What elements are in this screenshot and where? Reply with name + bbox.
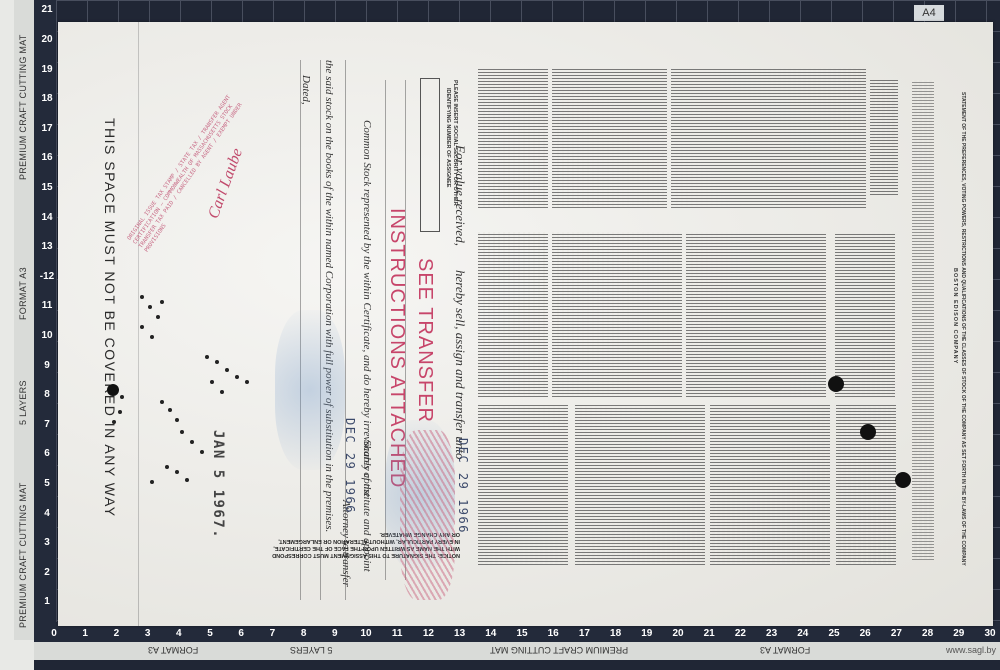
company-name: BOSTON EDISON COMPANY bbox=[952, 268, 958, 364]
ruler-number: 21 bbox=[699, 628, 719, 639]
ruler-number: 1 bbox=[75, 628, 95, 639]
ruler-number: 11 bbox=[387, 628, 407, 639]
ruler-number: 9 bbox=[325, 628, 345, 639]
margin-line bbox=[138, 22, 139, 626]
perforation-dot bbox=[160, 300, 164, 304]
mat-label: 5 LAYERS bbox=[18, 380, 28, 425]
perforation-dot bbox=[200, 450, 204, 454]
ruler-number: 18 bbox=[606, 628, 626, 639]
ruler-number: 24 bbox=[793, 628, 813, 639]
perforation-dot bbox=[140, 295, 144, 299]
ink-smudge bbox=[275, 310, 345, 470]
ruler-number: 27 bbox=[886, 628, 906, 639]
see-transfer-stamp: SEE TRANSFER bbox=[413, 258, 436, 423]
perforation-dot bbox=[140, 325, 144, 329]
ruler-number: 30 bbox=[980, 628, 1000, 639]
perforation-dot bbox=[225, 368, 229, 372]
ruler-number: 5 bbox=[200, 628, 220, 639]
statement-text-column bbox=[478, 405, 568, 565]
ruler-number: 19 bbox=[38, 64, 56, 75]
date-stamp: DEC 29 1966 bbox=[456, 438, 470, 534]
mat-label: FORMAT A3 bbox=[760, 645, 810, 655]
for-value-received: For value received, bbox=[452, 145, 468, 246]
statement-heading: STATEMENT OF THE PREFERENCES, VOTING POW… bbox=[960, 92, 966, 566]
a4-format-tag: A4 bbox=[914, 5, 944, 21]
punch-hole bbox=[828, 376, 844, 392]
ruler-number: 4 bbox=[169, 628, 189, 639]
ruler-number: 10 bbox=[38, 330, 56, 341]
ruler-number: 6 bbox=[38, 448, 56, 459]
statement-text-column bbox=[671, 68, 866, 208]
perforation-dot bbox=[120, 395, 124, 399]
perforation-dot bbox=[112, 420, 116, 424]
margin-warning: THIS SPACE MUST NOT BE COVERED IN ANY WA… bbox=[102, 118, 118, 518]
perforation-dot bbox=[215, 360, 219, 364]
mat-label: PREMIUM CRAFT CUTTING MAT bbox=[18, 482, 28, 628]
ruler-number: 29 bbox=[949, 628, 969, 639]
ruler-number: 16 bbox=[38, 152, 56, 163]
ruler-number: 26 bbox=[855, 628, 875, 639]
ruler-number: 18 bbox=[38, 93, 56, 104]
mat-label: 5 LAYERS bbox=[290, 645, 332, 655]
statement-text-column bbox=[575, 405, 705, 565]
perforation-dot bbox=[180, 430, 184, 434]
ruler-number: 2 bbox=[38, 567, 56, 578]
ssn-label: IDENTIFYING NUMBER OF ASSIGNEE bbox=[445, 88, 451, 187]
perforation-dot bbox=[190, 440, 194, 444]
ruler-number: 7 bbox=[38, 419, 56, 430]
statement-text-column bbox=[686, 232, 826, 397]
perforation-dot bbox=[118, 410, 122, 414]
mat-label: FORMAT A3 bbox=[148, 645, 198, 655]
perforation-dot bbox=[165, 465, 169, 469]
mat-label: PREMIUM CRAFT CUTTING MAT bbox=[490, 645, 628, 655]
ruler-number: 4 bbox=[38, 508, 56, 519]
statement-text-column bbox=[552, 232, 682, 397]
statement-text-column bbox=[912, 80, 934, 560]
ruler-number: 17 bbox=[38, 123, 56, 134]
ruler-number: 15 bbox=[38, 182, 56, 193]
ruler-number: 3 bbox=[38, 537, 56, 548]
hereby-sell-text: hereby sell, assign and transfer unto bbox=[452, 270, 468, 459]
ruler-number: 7 bbox=[262, 628, 282, 639]
ruler-number: 13 bbox=[38, 241, 56, 252]
ruler-number: 9 bbox=[38, 360, 56, 371]
jan-date-stamp: JAN 5 1967. bbox=[210, 430, 226, 539]
perforation-dot bbox=[220, 390, 224, 394]
ruler-number: 15 bbox=[512, 628, 532, 639]
perforation-dot bbox=[210, 380, 214, 384]
perforation-dot bbox=[148, 305, 152, 309]
perforation-dot bbox=[156, 315, 160, 319]
mat-label: FORMAT A3 bbox=[18, 267, 28, 320]
ruler-number: 0 bbox=[44, 628, 64, 639]
ruler-number: 13 bbox=[450, 628, 470, 639]
ruler-number: 23 bbox=[762, 628, 782, 639]
ruler-number: 11 bbox=[38, 300, 56, 311]
ruler-number: 16 bbox=[543, 628, 563, 639]
punch-hole bbox=[107, 384, 119, 396]
dated-label: Dated, bbox=[300, 75, 312, 105]
perforation-dot bbox=[175, 418, 179, 422]
ruler-number: 5 bbox=[38, 478, 56, 489]
perforation-dot bbox=[175, 470, 179, 474]
ruler-number: 25 bbox=[824, 628, 844, 639]
ruler-number: 8 bbox=[38, 389, 56, 400]
perforation-dot bbox=[185, 478, 189, 482]
date-stamp: DEC 29 1966 bbox=[343, 418, 357, 514]
ruler-number: 3 bbox=[138, 628, 158, 639]
ruler-number: 22 bbox=[730, 628, 750, 639]
common-stock-text: Common Stock represented by the within C… bbox=[361, 120, 373, 572]
watermark: www.sagl.by bbox=[946, 645, 996, 655]
ruler-number: 14 bbox=[481, 628, 501, 639]
perforation-dot bbox=[235, 375, 239, 379]
ruler-number: 17 bbox=[574, 628, 594, 639]
ssn-box[interactable] bbox=[420, 78, 440, 232]
perforation-dot bbox=[150, 335, 154, 339]
ruler-number: 28 bbox=[918, 628, 938, 639]
perforation-dot bbox=[150, 480, 154, 484]
ruler-number: 20 bbox=[38, 34, 56, 45]
ruler-number: 12 bbox=[418, 628, 438, 639]
perforation-dot bbox=[205, 355, 209, 359]
ruler-number: 21 bbox=[38, 4, 56, 15]
statement-text-column bbox=[478, 232, 548, 397]
statement-text-column bbox=[552, 68, 667, 208]
ruler-number: -12 bbox=[38, 271, 56, 282]
statement-text-column bbox=[710, 405, 830, 565]
ruler-number: 2 bbox=[106, 628, 126, 639]
ruler-number: 10 bbox=[356, 628, 376, 639]
ruler-number: 1 bbox=[38, 596, 56, 607]
mat-label: PREMIUM CRAFT CUTTING MAT bbox=[18, 34, 28, 180]
ruler-number: 8 bbox=[294, 628, 314, 639]
punch-hole bbox=[860, 424, 876, 440]
perforation-dot bbox=[168, 408, 172, 412]
punch-hole bbox=[895, 472, 911, 488]
ink-smudge bbox=[400, 430, 455, 600]
statement-text-column bbox=[478, 68, 548, 208]
perforation-dot bbox=[245, 380, 249, 384]
ruler-number: 14 bbox=[38, 212, 56, 223]
shares-of-text: Shares of the bbox=[361, 440, 373, 497]
ruler-number: 19 bbox=[637, 628, 657, 639]
statement-text-column bbox=[835, 232, 895, 397]
perforation-dot bbox=[160, 400, 164, 404]
ruler-number: 6 bbox=[231, 628, 251, 639]
statement-text-column bbox=[870, 80, 898, 195]
ruler-number: 20 bbox=[668, 628, 688, 639]
